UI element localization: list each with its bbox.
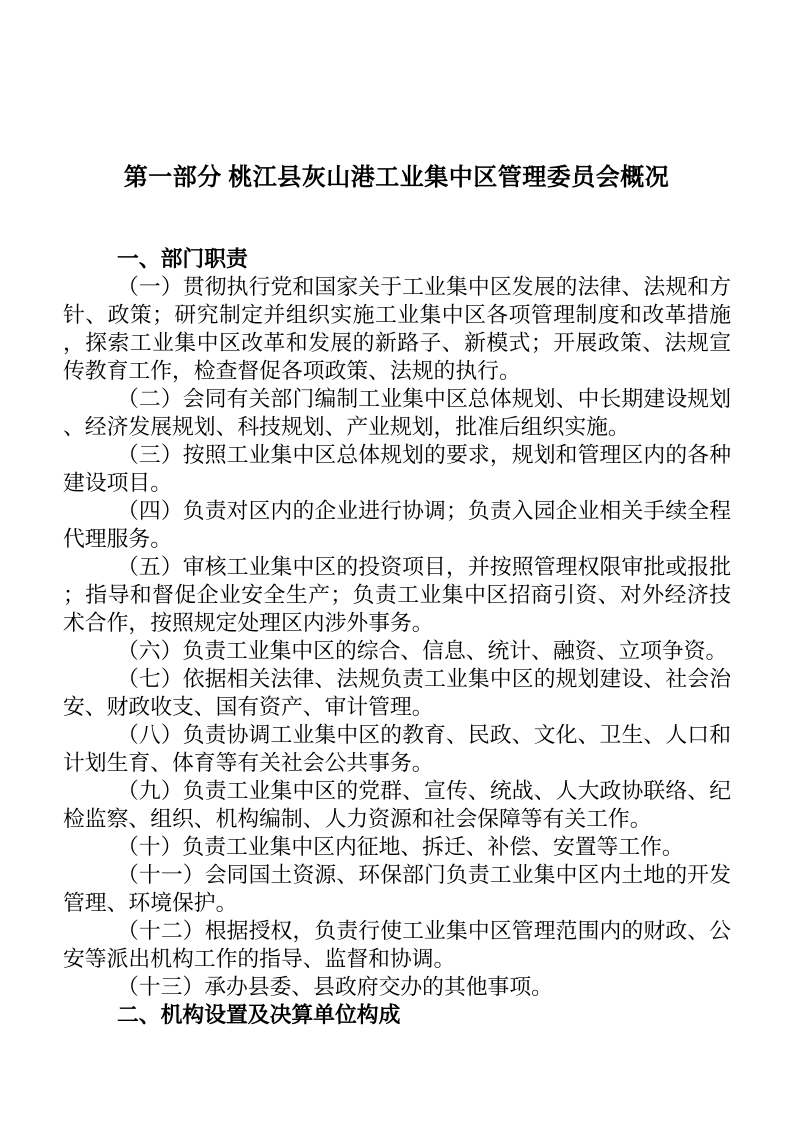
text-line: 安、财政收支、国有资产、审计管理。 [63,693,731,721]
text-line: （九）负责工业集中区的党群、宣传、统战、人大政协联络、纪 [63,777,731,805]
text-line: （五）审核工业集中区的投资项目，并按照管理权限审批或报批 [63,553,731,581]
text-line: （十一）会同国土资源、环保部门负责工业集中区内土地的开发 [63,861,731,889]
text-line: ；指导和督促企业安全生产；负责工业集中区招商引资、对外经济技 [63,581,731,609]
text-line: （八）负责协调工业集中区的教育、民政、文化、卫生、人口和 [63,721,731,749]
document-title: 第一部分 桃江县灰山港工业集中区管理委员会概况 [0,163,793,193]
section-heading: 一、部门职责 [63,245,731,273]
text-line: （十二）根据授权，负责行使工业集中区管理范围内的财政、公 [63,917,731,945]
text-line: 针、政策；研究制定并组织实施工业集中区各项管理制度和改革措施 [63,301,731,329]
text-line: （三）按照工业集中区总体规划的要求，规划和管理区内的各种 [63,441,731,469]
paragraph: （四）负责对区内的企业进行协调；负责入园企业相关手续全程代理服务。 [63,497,731,553]
paragraph: （八）负责协调工业集中区的教育、民政、文化、卫生、人口和计划生育、体育等有关社会… [63,721,731,777]
text-line: （十）负责工业集中区内征地、拆迁、补偿、安置等工作。 [63,833,731,861]
text-line: 传教育工作，检查督促各项政策、法规的执行。 [63,357,731,385]
paragraph: （十一）会同国土资源、环保部门负责工业集中区内土地的开发管理、环境保护。 [63,861,731,917]
text-line: 安等派出机构工作的指导、监督和协调。 [63,945,731,973]
paragraph: （十三）承办县委、县政府交办的其他事项。 [63,973,731,1001]
text-line: （一）贯彻执行党和国家关于工业集中区发展的法律、法规和方 [63,273,731,301]
text-line: 检监察、组织、机构编制、人力资源和社会保障等有关工作。 [63,805,731,833]
paragraph: （十）负责工业集中区内征地、拆迁、补偿、安置等工作。 [63,833,731,861]
text-line: 管理、环境保护。 [63,889,731,917]
text-line: （七）依据相关法律、法规负责工业集中区的规划建设、社会治 [63,665,731,693]
text-line: 建设项目。 [63,469,731,497]
text-line: ，探索工业集中区改革和发展的新路子、新模式；开展政策、法规宣 [63,329,731,357]
text-line: 一、部门职责 [63,245,731,273]
text-line: 计划生育、体育等有关社会公共事务。 [63,749,731,777]
document-body: 一、部门职责（一）贯彻执行党和国家关于工业集中区发展的法律、法规和方针、政策；研… [63,245,731,1029]
paragraph: （九）负责工业集中区的党群、宣传、统战、人大政协联络、纪检监察、组织、机构编制、… [63,777,731,833]
text-line: （二）会同有关部门编制工业集中区总体规划、中长期建设规划 [63,385,731,413]
text-line: （十三）承办县委、县政府交办的其他事项。 [63,973,731,1001]
paragraph: （一）贯彻执行党和国家关于工业集中区发展的法律、法规和方针、政策；研究制定并组织… [63,273,731,385]
paragraph: （七）依据相关法律、法规负责工业集中区的规划建设、社会治安、财政收支、国有资产、… [63,665,731,721]
paragraph: （二）会同有关部门编制工业集中区总体规划、中长期建设规划、经济发展规划、科技规划… [63,385,731,441]
paragraph: （六）负责工业集中区的综合、信息、统计、融资、立项争资。 [63,637,731,665]
text-line: 术合作，按照规定处理区内涉外事务。 [63,609,731,637]
paragraph: （三）按照工业集中区总体规划的要求，规划和管理区内的各种建设项目。 [63,441,731,497]
paragraph: （五）审核工业集中区的投资项目，并按照管理权限审批或报批；指导和督促企业安全生产… [63,553,731,637]
paragraph: （十二）根据授权，负责行使工业集中区管理范围内的财政、公安等派出机构工作的指导、… [63,917,731,973]
section-heading: 二、机构设置及决算单位构成 [63,1001,731,1029]
text-line: 代理服务。 [63,525,731,553]
text-line: 二、机构设置及决算单位构成 [63,1001,731,1029]
text-line: 、经济发展规划、科技规划、产业规划，批准后组织实施。 [63,413,731,441]
document-page: 第一部分 桃江县灰山港工业集中区管理委员会概况 一、部门职责（一）贯彻执行党和国… [0,0,793,1122]
text-line: （六）负责工业集中区的综合、信息、统计、融资、立项争资。 [63,637,731,665]
text-line: （四）负责对区内的企业进行协调；负责入园企业相关手续全程 [63,497,731,525]
